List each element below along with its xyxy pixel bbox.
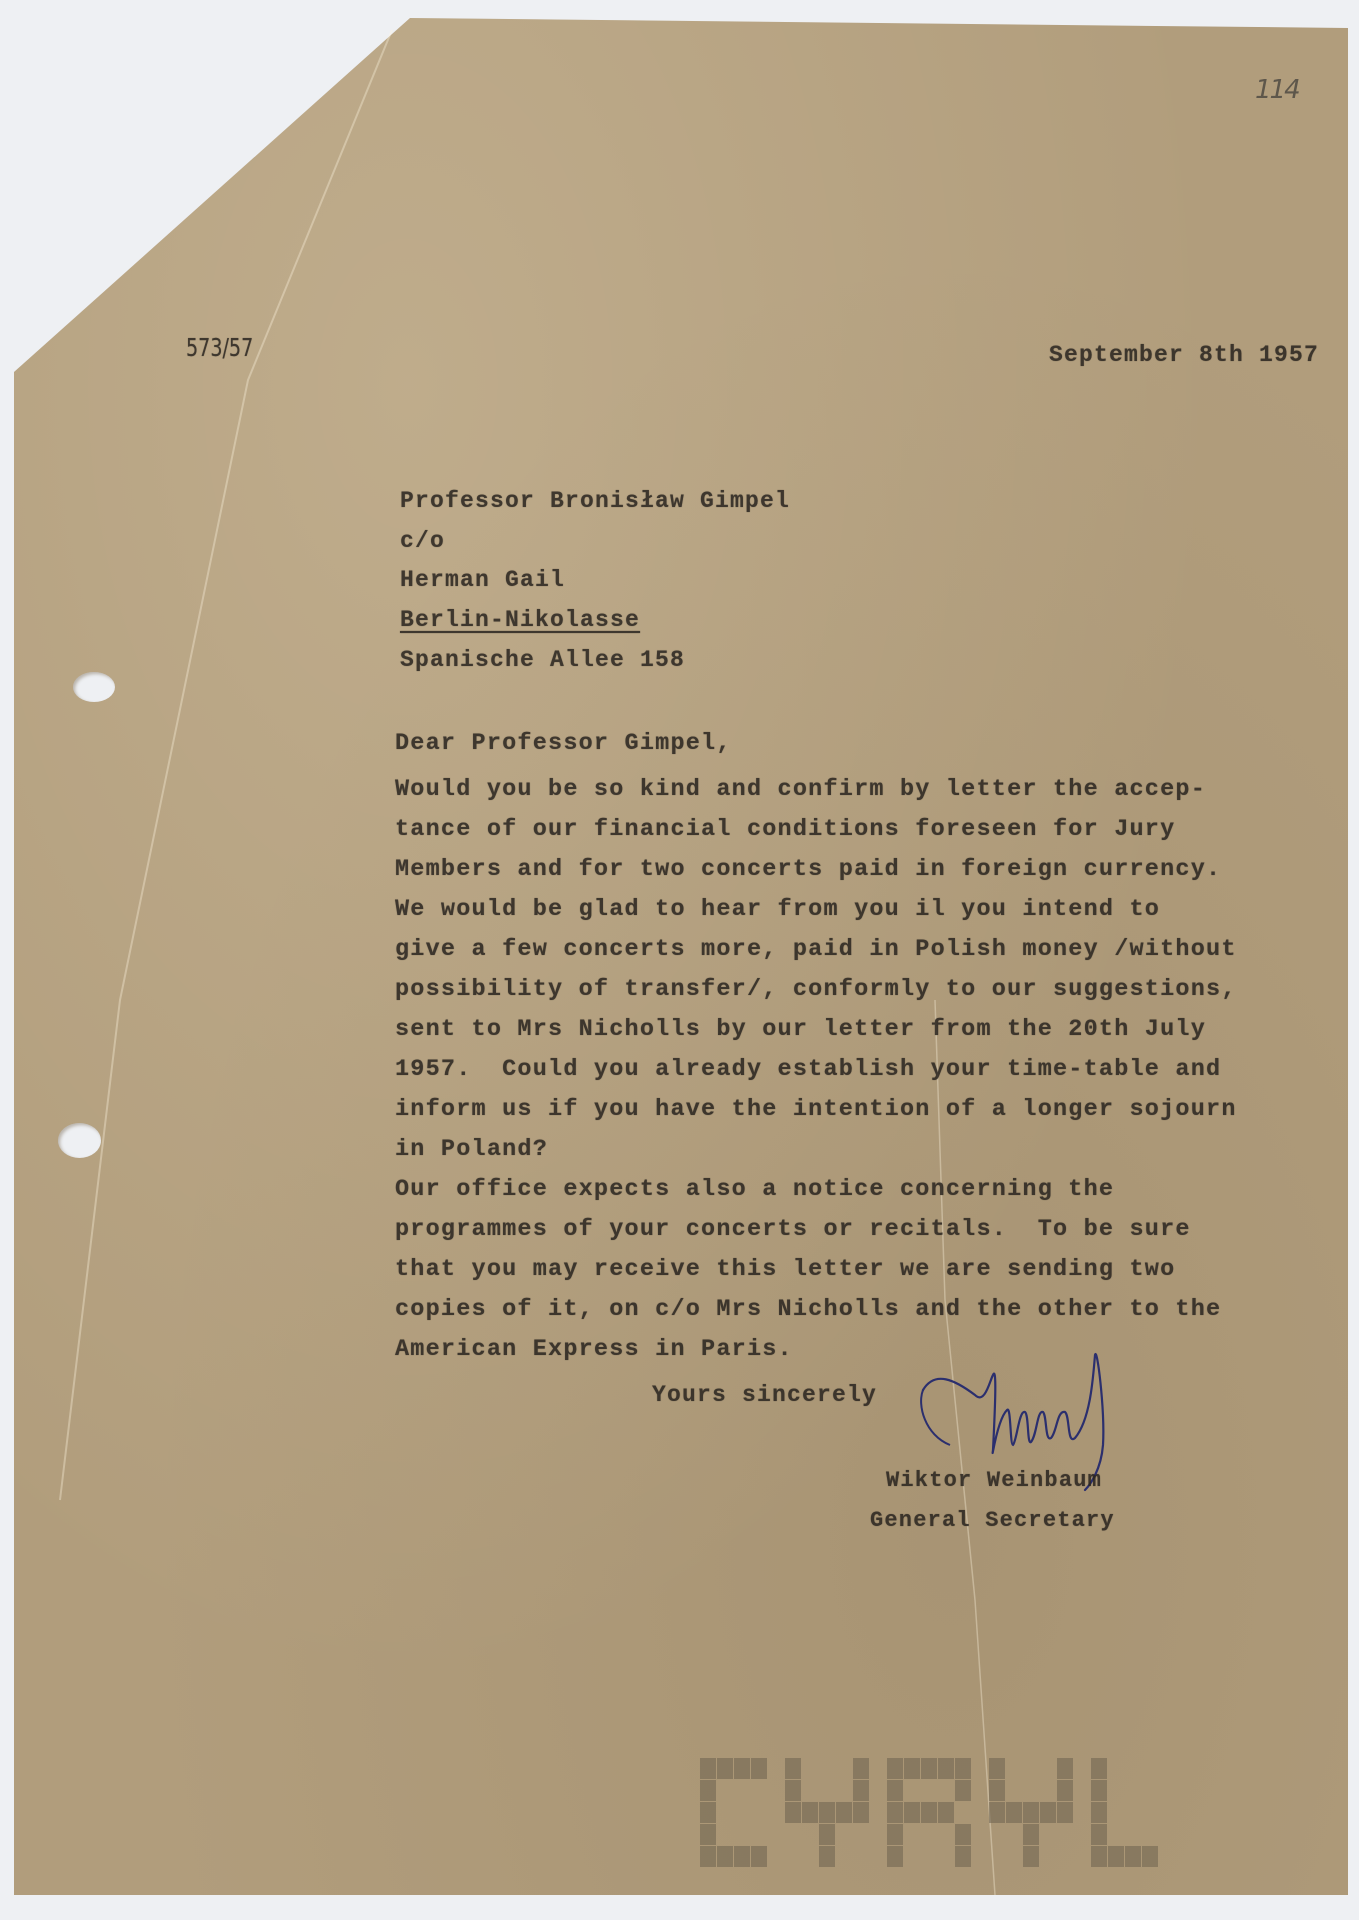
watermark-cell: [1091, 1758, 1107, 1779]
watermark-cell: [938, 1802, 954, 1823]
page-number-handwritten: 114: [1255, 75, 1299, 105]
watermark-cell: [1108, 1846, 1124, 1867]
watermark-cell: [785, 1824, 801, 1845]
watermark-cell: [870, 1758, 886, 1779]
watermark-cell: [972, 1780, 988, 1801]
signer-name: Wiktor Weinbaum: [886, 1468, 1102, 1493]
watermark-cell: [972, 1758, 988, 1779]
watermark-cell: [904, 1824, 920, 1845]
watermark-cell: [836, 1758, 852, 1779]
watermark-cell: [1125, 1780, 1141, 1801]
watermark-cell: [938, 1780, 954, 1801]
watermark-cell: [972, 1846, 988, 1867]
watermark-cell: [819, 1802, 835, 1823]
watermark-cell: [751, 1780, 767, 1801]
watermark-cell: [921, 1780, 937, 1801]
watermark-cell: [751, 1758, 767, 1779]
body-line: tance of our financial conditions forese…: [395, 816, 1175, 843]
watermark-cell: [1057, 1824, 1073, 1845]
body-line: that you may receive this letter we are …: [395, 1256, 1175, 1283]
watermark-cell: [819, 1846, 835, 1867]
watermark-cell: [802, 1802, 818, 1823]
watermark-cell: [853, 1846, 869, 1867]
watermark-cell: [1074, 1824, 1090, 1845]
watermark-cell: [1074, 1802, 1090, 1823]
watermark-cell: [836, 1780, 852, 1801]
watermark-cell: [853, 1758, 869, 1779]
watermark-cell: [768, 1758, 784, 1779]
watermark-cell: [768, 1802, 784, 1823]
watermark-cell: [802, 1824, 818, 1845]
watermark-cell: [1023, 1824, 1039, 1845]
watermark-cell: [904, 1758, 920, 1779]
watermark-cell: [921, 1846, 937, 1867]
watermark-cell: [1006, 1846, 1022, 1867]
watermark-cell: [836, 1802, 852, 1823]
watermark-cell: [887, 1802, 903, 1823]
watermark-cell: [870, 1802, 886, 1823]
body-line: sent to Mrs Nicholls by our letter from …: [395, 1016, 1206, 1043]
watermark-cell: [802, 1846, 818, 1867]
watermark-cell: [972, 1824, 988, 1845]
watermark-cell: [717, 1802, 733, 1823]
watermark-cell: [1040, 1802, 1056, 1823]
watermark-cell: [989, 1824, 1005, 1845]
recipient-city: Berlin-Nikolasse: [400, 607, 640, 633]
recipient-name: Professor Bronisław Gimpel: [400, 488, 790, 514]
watermark-cell: [836, 1846, 852, 1867]
watermark-cell: [751, 1824, 767, 1845]
watermark-cell: [734, 1824, 750, 1845]
watermark-cell: [1023, 1758, 1039, 1779]
watermark-cell: [989, 1846, 1005, 1867]
watermark-cell: [1108, 1758, 1124, 1779]
watermark-cell: [1142, 1802, 1158, 1823]
recipient-host: Herman Gail: [400, 567, 565, 593]
watermark-cell: [1040, 1846, 1056, 1867]
watermark-cell: [1023, 1846, 1039, 1867]
watermark-cell: [700, 1758, 716, 1779]
reference-number: 573/57: [186, 333, 253, 362]
watermark-cell: [717, 1824, 733, 1845]
watermark-cell: [1057, 1802, 1073, 1823]
body-line: programmes of your concerts or recitals.…: [395, 1216, 1191, 1243]
watermark-cell: [887, 1824, 903, 1845]
body-line: We would be glad to hear from you il you…: [395, 896, 1160, 923]
body-line: Members and for two concerts paid in for…: [395, 856, 1221, 883]
watermark-cell: [1040, 1758, 1056, 1779]
watermark-cell: [1074, 1758, 1090, 1779]
watermark-cell: [734, 1780, 750, 1801]
watermark-cell: [1125, 1824, 1141, 1845]
watermark-cell: [1074, 1846, 1090, 1867]
watermark-cell: [1142, 1824, 1158, 1845]
watermark-cell: [989, 1758, 1005, 1779]
body-line: possibility of transfer/, conformly to o…: [395, 976, 1237, 1003]
body-line: Our office expects also a notice concern…: [395, 1176, 1114, 1203]
watermark-cell: [768, 1780, 784, 1801]
watermark-cell: [1108, 1802, 1124, 1823]
watermark-cell: [1040, 1824, 1056, 1845]
signer-title: General Secretary: [870, 1508, 1115, 1533]
watermark-cell: [921, 1824, 937, 1845]
watermark-cell: [717, 1846, 733, 1867]
watermark-cell: [887, 1780, 903, 1801]
watermark-cell: [802, 1780, 818, 1801]
watermark-cell: [1023, 1780, 1039, 1801]
letter-date: September 8th 1957: [1049, 342, 1319, 368]
watermark-cell: [1074, 1780, 1090, 1801]
watermark-cell: [802, 1758, 818, 1779]
recipient-street: Spanische Allee 158: [400, 647, 685, 673]
cyryl-watermark-logo: [700, 1758, 1159, 1868]
watermark-cell: [1142, 1846, 1158, 1867]
watermark-cell: [1057, 1846, 1073, 1867]
watermark-cell: [853, 1824, 869, 1845]
watermark-cell: [938, 1824, 954, 1845]
watermark-cell: [785, 1780, 801, 1801]
watermark-cell: [734, 1846, 750, 1867]
watermark-cell: [700, 1824, 716, 1845]
body-line: American Express in Paris.: [395, 1336, 793, 1363]
watermark-cell: [938, 1758, 954, 1779]
watermark-cell: [819, 1824, 835, 1845]
watermark-cell: [717, 1780, 733, 1801]
watermark-cell: [1006, 1758, 1022, 1779]
watermark-cell: [887, 1758, 903, 1779]
punch-hole-bottom: [58, 1123, 101, 1158]
watermark-cell: [1108, 1780, 1124, 1801]
watermark-cell: [853, 1802, 869, 1823]
watermark-cell: [819, 1758, 835, 1779]
watermark-cell: [819, 1780, 835, 1801]
watermark-cell: [1091, 1802, 1107, 1823]
watermark-cell: [921, 1802, 937, 1823]
watermark-cell: [955, 1802, 971, 1823]
watermark-cell: [1006, 1780, 1022, 1801]
closing: Yours sincerely: [652, 1382, 877, 1408]
watermark-cell: [1091, 1824, 1107, 1845]
watermark-cell: [955, 1780, 971, 1801]
watermark-cell: [700, 1846, 716, 1867]
watermark-cell: [1091, 1846, 1107, 1867]
watermark-cell: [1142, 1758, 1158, 1779]
watermark-cell: [717, 1758, 733, 1779]
watermark-cell: [1040, 1780, 1056, 1801]
watermark-cell: [1023, 1802, 1039, 1823]
watermark-cell: [751, 1802, 767, 1823]
watermark-cell: [1125, 1846, 1141, 1867]
watermark-cell: [1125, 1758, 1141, 1779]
watermark-cell: [870, 1780, 886, 1801]
watermark-cell: [785, 1802, 801, 1823]
watermark-cell: [989, 1780, 1005, 1801]
watermark-cell: [734, 1802, 750, 1823]
watermark-cell: [1006, 1824, 1022, 1845]
watermark-cell: [751, 1846, 767, 1867]
watermark-cell: [887, 1846, 903, 1867]
body-line: give a few concerts more, paid in Polish…: [395, 936, 1237, 963]
body-line: inform us if you have the intention of a…: [395, 1096, 1237, 1123]
recipient-care-of: c/o: [400, 528, 445, 554]
body-line: in Poland?: [395, 1136, 548, 1163]
watermark-cell: [870, 1824, 886, 1845]
watermark-cell: [972, 1802, 988, 1823]
watermark-cell: [785, 1846, 801, 1867]
watermark-cell: [1006, 1802, 1022, 1823]
watermark-cell: [853, 1780, 869, 1801]
watermark-cell: [921, 1758, 937, 1779]
watermark-cell: [955, 1846, 971, 1867]
punch-hole-top: [73, 672, 115, 702]
watermark-cell: [1091, 1780, 1107, 1801]
watermark-cell: [836, 1824, 852, 1845]
watermark-cell: [1125, 1802, 1141, 1823]
watermark-cell: [700, 1780, 716, 1801]
watermark-cell: [955, 1824, 971, 1845]
watermark-cell: [1057, 1758, 1073, 1779]
watermark-cell: [904, 1846, 920, 1867]
watermark-cell: [785, 1758, 801, 1779]
body-line: copies of it, on c/o Mrs Nicholls and th…: [395, 1296, 1221, 1323]
watermark-cell: [734, 1758, 750, 1779]
watermark-cell: [768, 1846, 784, 1867]
body-line: 1957. Could you already establish your t…: [395, 1056, 1221, 1083]
watermark-cell: [870, 1846, 886, 1867]
watermark-cell: [904, 1802, 920, 1823]
watermark-cell: [1142, 1780, 1158, 1801]
watermark-cell: [1057, 1780, 1073, 1801]
watermark-cell: [768, 1824, 784, 1845]
watermark-cell: [938, 1846, 954, 1867]
watermark-cell: [955, 1758, 971, 1779]
watermark-cell: [989, 1802, 1005, 1823]
salutation: Dear Professor Gimpel,: [395, 730, 732, 757]
body-line: Would you be so kind and confirm by lett…: [395, 776, 1206, 803]
watermark-cell: [904, 1780, 920, 1801]
watermark-cell: [1108, 1824, 1124, 1845]
watermark-cell: [700, 1802, 716, 1823]
